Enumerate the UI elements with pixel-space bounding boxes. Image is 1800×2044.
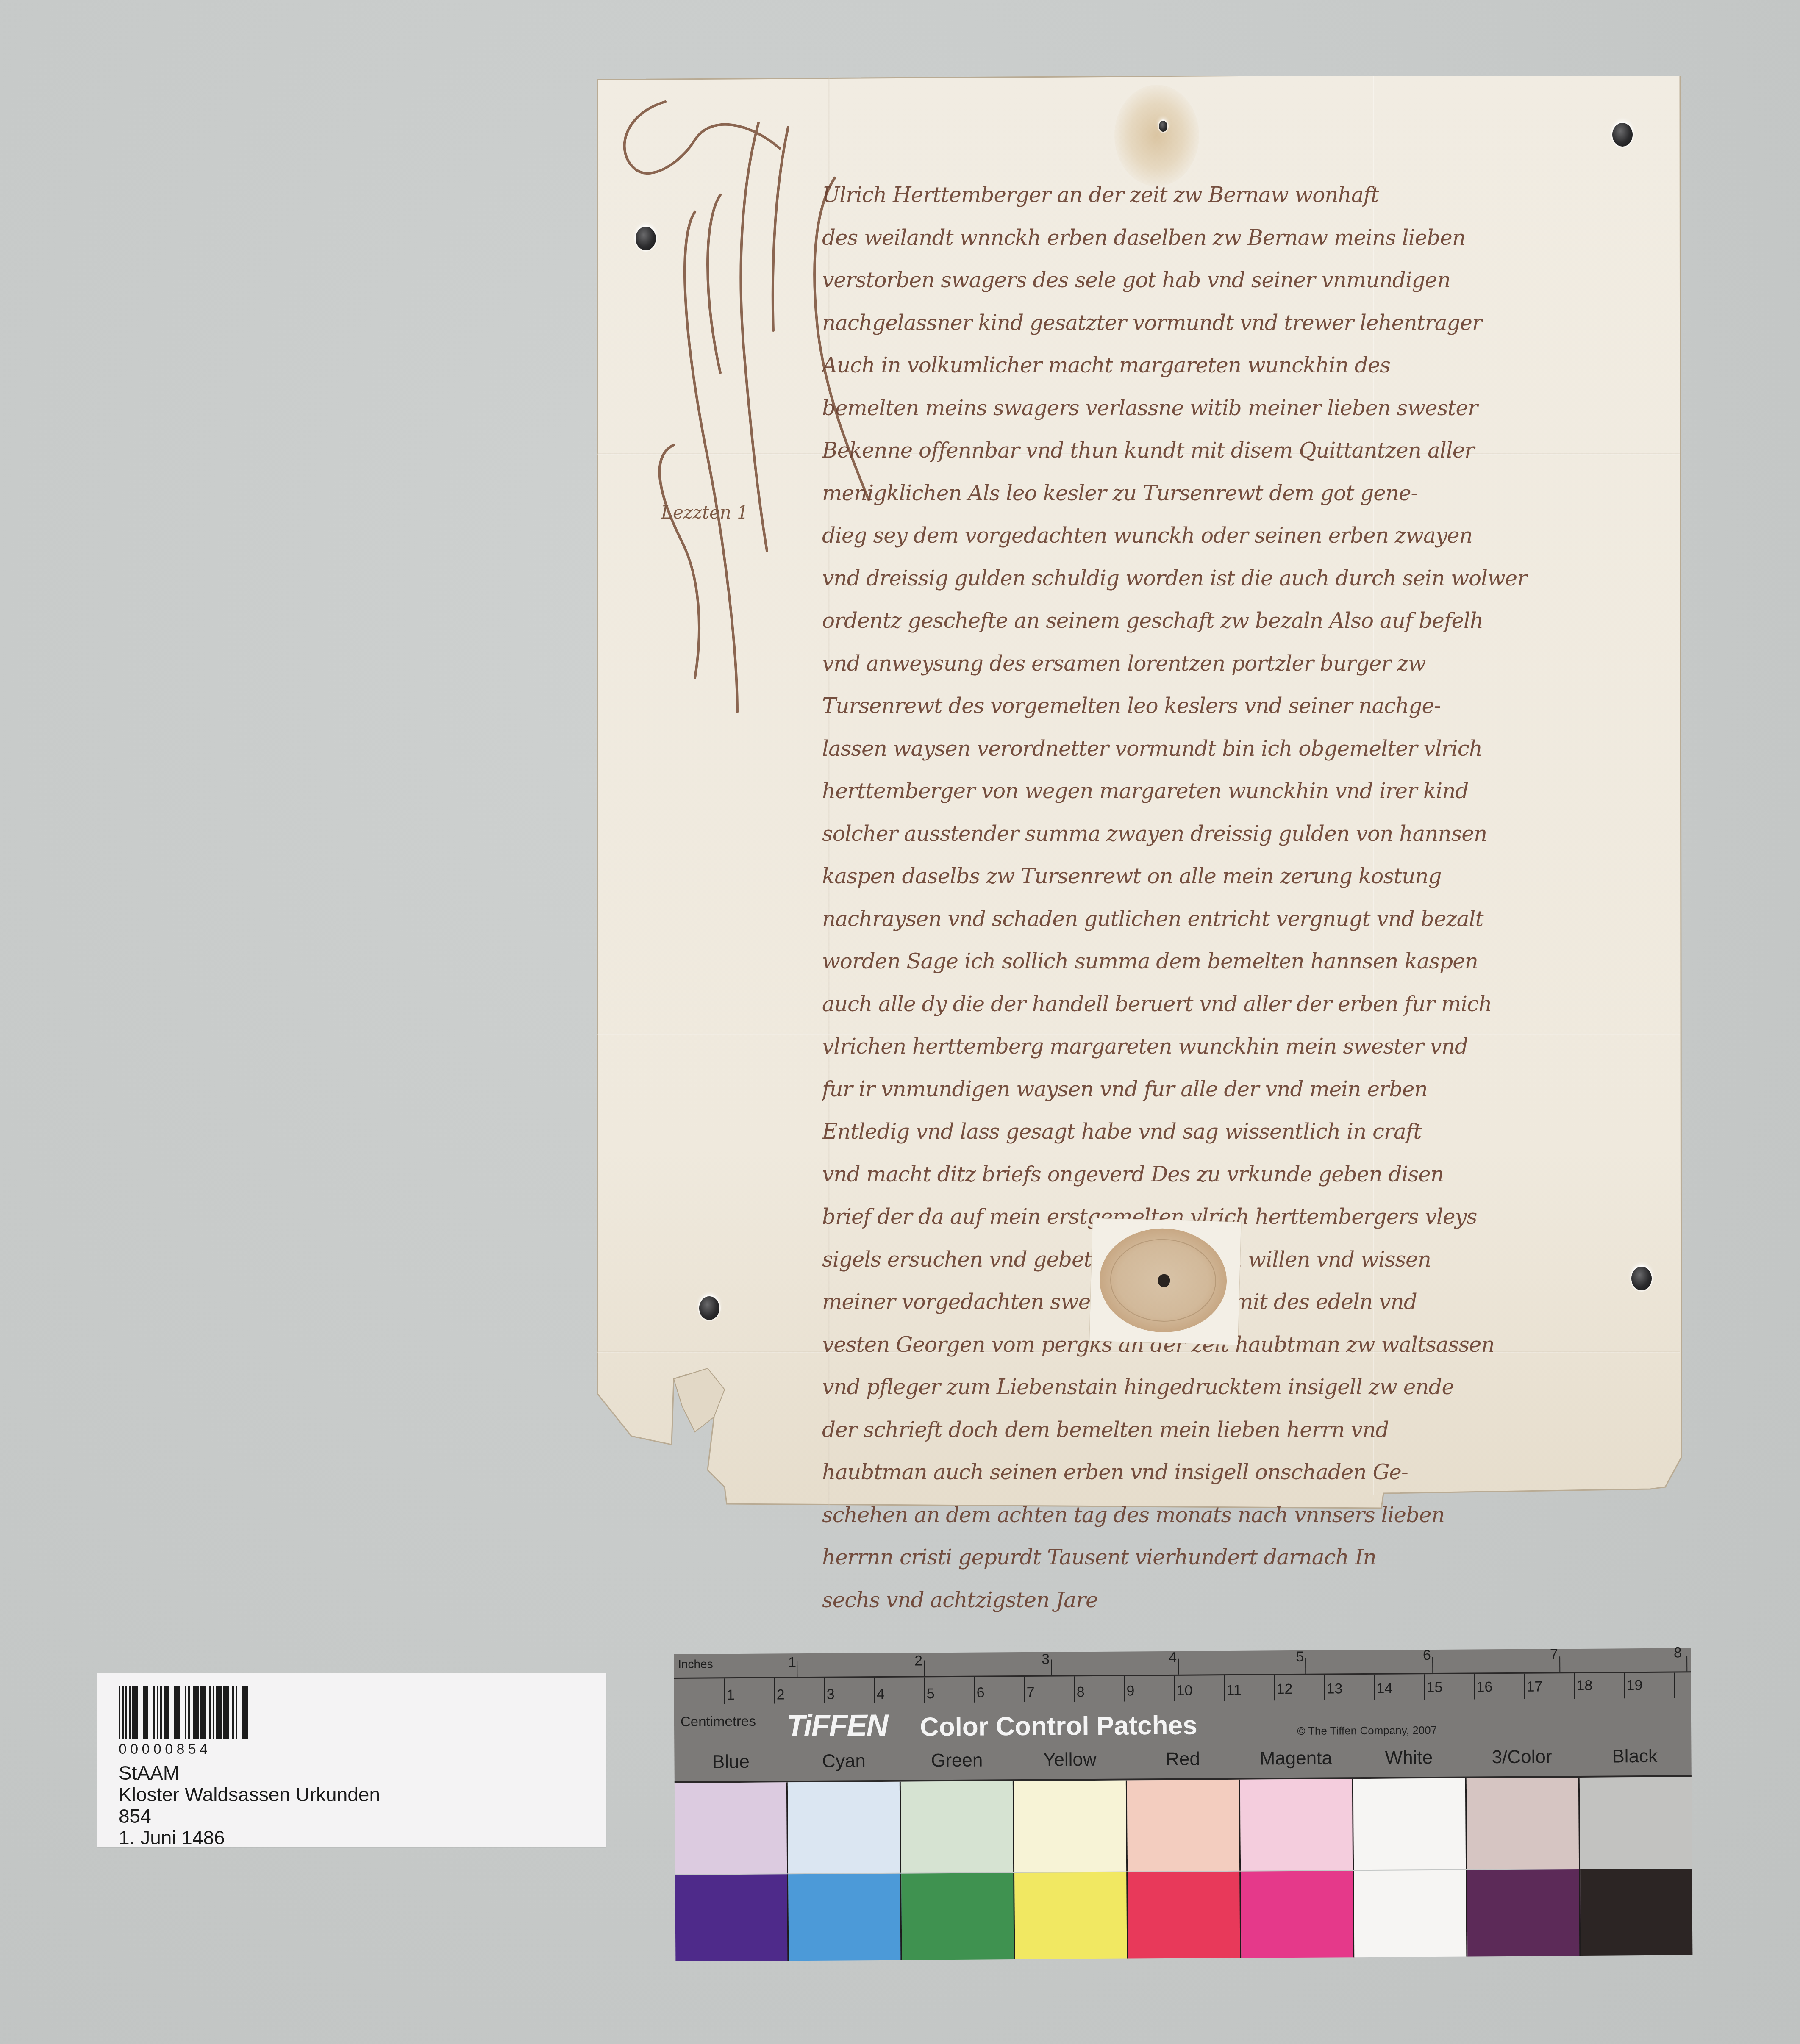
cm-tick-label: 1 xyxy=(726,1687,734,1703)
patch-label: Magenta xyxy=(1239,1747,1353,1774)
text-line: verstorben swagers des sele got hab vnd … xyxy=(822,259,1653,302)
patch-label: Blue xyxy=(674,1751,787,1777)
text-line: Tursenrewt des vorgemelten leo keslers v… xyxy=(822,685,1653,727)
seal-hole xyxy=(1158,1274,1170,1287)
text-line: solcher ausstender summa zwayen dreissig… xyxy=(822,813,1653,855)
inch-tick-label: 7 xyxy=(1550,1646,1558,1663)
text-line: menigklichen Als leo kesler zu Tursenrew… xyxy=(822,472,1653,515)
barcode-digit: 0 xyxy=(153,1741,161,1758)
patch-light-cyan xyxy=(788,1782,901,1874)
barcode-digit: 0 xyxy=(165,1741,173,1758)
text-line: vnd dreissig gulden schuldig worden ist … xyxy=(822,557,1653,600)
text-line: herttemberger von wegen margareten wunck… xyxy=(822,770,1653,813)
document-date: 1. Juni 1486 xyxy=(119,1827,380,1849)
patch-light-white xyxy=(1353,1778,1467,1870)
patch-light-red xyxy=(1127,1780,1241,1872)
text-line: kaspen daselbs zw Tursenrewt on alle mei… xyxy=(822,855,1653,898)
water-stain xyxy=(1114,85,1199,186)
patch-labels: Blue Cyan Green Yellow Red Magenta White… xyxy=(674,1745,1691,1777)
patch-dark-magenta xyxy=(1241,1871,1354,1958)
patch-light-yellow xyxy=(1014,1780,1128,1872)
text-line: worden Sage ich sollich summa dem bemelt… xyxy=(822,940,1653,983)
text-line: nachgelassner kind gesatzter vormundt vn… xyxy=(822,302,1653,344)
text-line: Auch in volkumlicher macht margareten wu… xyxy=(822,344,1653,387)
text-line: sechs vnd achtzigsten Jare xyxy=(822,1579,1653,1622)
text-line: vnd anweysung des ersamen lorentzen port… xyxy=(822,642,1653,685)
light-patch-row xyxy=(675,1777,1692,1874)
patch-label: 3/Color xyxy=(1465,1746,1578,1772)
patch-label: Green xyxy=(900,1750,1014,1776)
chart-title: Color Control Patches xyxy=(920,1710,1197,1742)
cm-tick-label: 8 xyxy=(1076,1684,1084,1700)
text-line: vlrichen herttemberg margareten wunckhin… xyxy=(822,1025,1653,1068)
text-line: dieg sey dem vorgedachten wunckh oder se… xyxy=(822,514,1653,557)
stain-dot xyxy=(1159,121,1167,132)
cm-tick-label: 14 xyxy=(1376,1681,1392,1697)
barcode-icon xyxy=(119,1686,248,1739)
text-line: der schrieft doch dem bemelten mein lieb… xyxy=(822,1409,1653,1451)
chart-copyright: © The Tiffen Company, 2007 xyxy=(1297,1724,1437,1738)
patch-dark-green xyxy=(901,1873,1015,1960)
inch-tick-label: 4 xyxy=(1169,1650,1177,1666)
cm-tick-label: 10 xyxy=(1176,1683,1192,1699)
text-line: nachraysen vnd schaden gutlichen entrich… xyxy=(822,898,1653,940)
text-line: haubtman auch seinen erben vnd insigell … xyxy=(822,1451,1653,1494)
magnet-bottom-left xyxy=(699,1296,719,1320)
cm-ruler: 1 2 3 4 5 6 7 8 9 10 11 12 13 14 15 16 1… xyxy=(674,1672,1691,1708)
centimetres-caption: Centimetres xyxy=(681,1713,756,1730)
barcode-number: 0 0 0 0 0 8 5 4 xyxy=(119,1741,208,1758)
barcode-digit: 0 xyxy=(130,1741,138,1758)
tiffen-logo: TiFFEN xyxy=(786,1708,888,1743)
wax-seal-icon xyxy=(1098,1227,1228,1334)
cm-tick-label: 18 xyxy=(1576,1678,1592,1694)
cm-tick-label: 4 xyxy=(876,1686,884,1703)
patch-dark-black xyxy=(1580,1869,1692,1956)
patch-light-green xyxy=(901,1781,1014,1873)
cm-tick-label: 7 xyxy=(1026,1684,1034,1701)
text-line: Ulrich Herttemberger an der zeit zw Bern… xyxy=(822,174,1653,216)
cm-tick-label: 2 xyxy=(776,1686,784,1703)
inch-tick-label: 1 xyxy=(788,1654,796,1671)
cm-tick-label: 16 xyxy=(1476,1679,1492,1695)
cm-tick-label: 15 xyxy=(1426,1679,1442,1696)
magnet-top-right xyxy=(1612,123,1633,147)
dark-patch-row xyxy=(675,1869,1692,1961)
inch-tick-label: 2 xyxy=(914,1653,922,1669)
text-line: bemelten meins swagers verlassne witib m… xyxy=(822,387,1653,430)
patch-label: Black xyxy=(1578,1745,1692,1772)
patch-label: White xyxy=(1352,1747,1465,1773)
text-line: auch alle dy die der handell beruert vnd… xyxy=(822,983,1653,1026)
text-line: schehen an dem achten tag des monats nac… xyxy=(822,1494,1653,1536)
cm-tick-label: 17 xyxy=(1526,1678,1542,1695)
barcode-digit: 0 xyxy=(119,1741,127,1758)
chart-header: Inches 1 2 3 4 5 6 7 8 1 2 3 4 5 6 7 8 9… xyxy=(674,1648,1692,1783)
patch-label: Red xyxy=(1126,1748,1239,1775)
cm-tick-label: 3 xyxy=(826,1686,834,1703)
text-line: lassen waysen verordnetter vormundt bin … xyxy=(822,727,1653,770)
collection-name: Kloster Waldsassen Urkunden xyxy=(119,1784,380,1805)
cm-tick-label: 11 xyxy=(1226,1682,1242,1699)
barcode-digit: 0 xyxy=(142,1741,150,1758)
patch-label: Cyan xyxy=(787,1750,900,1777)
patch-dark-yellow xyxy=(1014,1872,1128,1959)
inch-tick-label: 3 xyxy=(1042,1651,1050,1668)
cm-tick-label: 12 xyxy=(1276,1681,1292,1697)
text-line: Entledig vnd lass gesagt habe vnd sag wi… xyxy=(822,1110,1653,1153)
tiffen-color-chart: Inches 1 2 3 4 5 6 7 8 1 2 3 4 5 6 7 8 9… xyxy=(674,1648,1692,1961)
margin-note: Lezzten 1 xyxy=(661,502,748,523)
archive-name: StAAM xyxy=(119,1762,380,1784)
cm-tick-label: 6 xyxy=(976,1685,984,1701)
patch-light-black xyxy=(1580,1777,1692,1869)
magnet-left xyxy=(636,227,656,250)
text-line: des weilandt wnnckh erben daselben zw Be… xyxy=(822,216,1653,259)
cm-tick-label: 19 xyxy=(1626,1677,1642,1694)
cm-tick-label: 5 xyxy=(926,1686,934,1702)
text-line: Bekenne offennbar vnd thun kundt mit dis… xyxy=(822,429,1653,472)
barcode-digit: 4 xyxy=(200,1741,208,1758)
patch-label: Yellow xyxy=(1013,1749,1126,1775)
inches-caption: Inches xyxy=(678,1657,713,1671)
inch-tick-label: 8 xyxy=(1674,1645,1682,1661)
patch-dark-cyan xyxy=(788,1874,902,1961)
archive-label: 0 0 0 0 0 8 5 4 StAAM Kloster Waldsassen… xyxy=(97,1673,606,1847)
seal-paper-cover xyxy=(1089,1218,1241,1345)
patch-light-magenta xyxy=(1240,1779,1354,1871)
charter-document: Lezzten 1 Ulrich Herttemberger an der ze… xyxy=(597,76,1682,1512)
text-line: fur ir vnmundigen waysen vnd fur alle de… xyxy=(822,1068,1653,1111)
inch-tick-label: 6 xyxy=(1423,1647,1431,1664)
text-line: vnd pfleger zum Liebenstain hingedruckte… xyxy=(822,1366,1653,1409)
document-number: 854 xyxy=(119,1805,380,1827)
cm-tick-label: 9 xyxy=(1126,1683,1134,1699)
text-line: vnd macht ditz briefs ongeverd Des zu vr… xyxy=(822,1153,1653,1196)
patch-light-blue xyxy=(675,1782,788,1874)
patch-dark-red xyxy=(1128,1872,1241,1959)
inch-tick-label: 5 xyxy=(1296,1649,1304,1665)
text-line: herrnn cristi gepurdt Tausent vierhunder… xyxy=(822,1536,1653,1579)
patch-dark-white xyxy=(1354,1870,1467,1958)
cm-tick-label: 13 xyxy=(1326,1681,1342,1697)
barcode-digit: 5 xyxy=(188,1741,196,1758)
patch-light-3-color xyxy=(1467,1778,1580,1869)
patch-dark-blue xyxy=(675,1874,789,1961)
handwritten-text: Ulrich Herttemberger an der zeit zw Bern… xyxy=(822,174,1653,1621)
patch-dark-3-color xyxy=(1467,1869,1581,1957)
text-line: ordentz geschefte an seinem geschaft zw … xyxy=(822,599,1653,642)
barcode-digit: 8 xyxy=(176,1741,184,1758)
